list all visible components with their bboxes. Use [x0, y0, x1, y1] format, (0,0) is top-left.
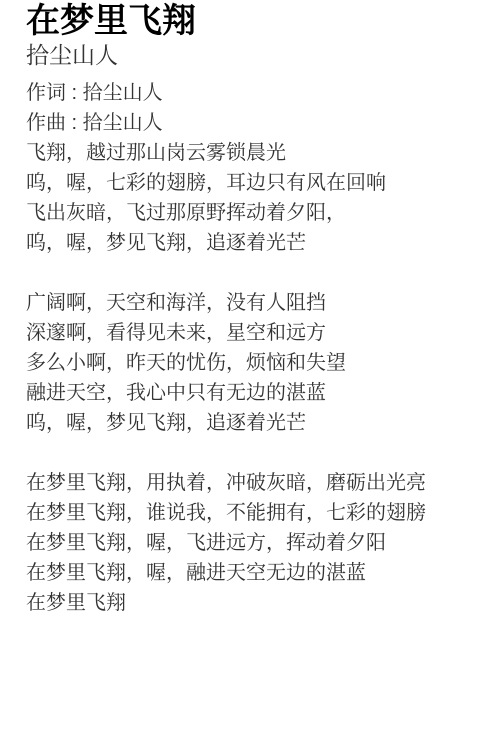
credit-line-lyricist: 作词 : 拾尘山人 [26, 78, 480, 108]
lyric-line: 在梦里飞翔 [26, 588, 480, 618]
lyrics-stanza-2: 广阔啊，天空和海洋，没有人阻挡 深邃啊，看得见未来，星空和远方 多么小啊，昨天的… [26, 288, 480, 438]
lyric-line: 呜，喔，梦见飞翔，追逐着光芒 [26, 228, 480, 258]
credit-line-composer: 作曲 : 拾尘山人 [26, 108, 480, 138]
lyric-line: 在梦里飞翔，喔，融进天空无边的湛蓝 [26, 558, 480, 588]
lyric-line: 广阔啊，天空和海洋，没有人阻挡 [26, 288, 480, 318]
lyric-line: 深邃啊，看得见未来，星空和远方 [26, 318, 480, 348]
lyric-line: 飞翔，越过那山岗云雾锁晨光 [26, 138, 480, 168]
lyric-line: 融进天空，我心中只有无边的湛蓝 [26, 378, 480, 408]
artist-name: 拾尘山人 [26, 40, 480, 70]
lyric-line: 呜，喔，七彩的翅膀，耳边只有风在回响 [26, 168, 480, 198]
lyric-line: 在梦里飞翔，用执着，冲破灰暗，磨砺出光亮 [26, 468, 480, 498]
lyric-line: 在梦里飞翔，谁说我，不能拥有，七彩的翅膀 [26, 498, 480, 528]
lyric-line: 飞出灰暗，飞过那原野挥动着夕阳， [26, 198, 480, 228]
lyrics-page: 在梦里飞翔 拾尘山人 作词 : 拾尘山人 作曲 : 拾尘山人 飞翔，越过那山岗云… [0, 0, 500, 618]
lyric-line: 在梦里飞翔，喔，飞进远方，挥动着夕阳 [26, 528, 480, 558]
lyrics-stanza-1: 飞翔，越过那山岗云雾锁晨光 呜，喔，七彩的翅膀，耳边只有风在回响 飞出灰暗，飞过… [26, 138, 480, 258]
credits-block: 作词 : 拾尘山人 作曲 : 拾尘山人 [26, 78, 480, 138]
song-title: 在梦里飞翔 [26, 2, 480, 40]
lyrics-stanza-3: 在梦里飞翔，用执着，冲破灰暗，磨砺出光亮 在梦里飞翔，谁说我，不能拥有，七彩的翅… [26, 468, 480, 618]
lyric-line: 呜，喔，梦见飞翔，追逐着光芒 [26, 408, 480, 438]
lyric-line: 多么小啊，昨天的忧伤，烦恼和失望 [26, 348, 480, 378]
